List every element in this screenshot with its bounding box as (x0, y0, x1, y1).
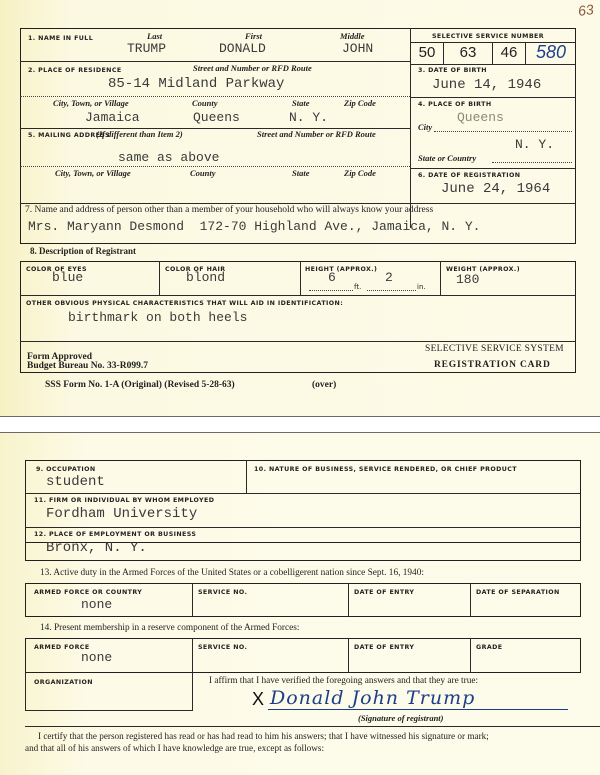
reserve-service-no-label: SERVICE NO. (198, 644, 247, 651)
signature-caption: (Signature of registrant) (358, 713, 444, 723)
street-label: Street and Number or RFD Route (193, 63, 312, 73)
mailing-city-label: City, Town, or Village (55, 168, 131, 178)
item2-label: 2. PLACE OF RESIDENCE (28, 67, 122, 74)
middle-name-label: Middle (340, 31, 365, 41)
x-mark: X (252, 689, 264, 710)
item8-label: 8. Description of Registrant (30, 246, 136, 256)
active-separation-label: DATE OF SEPARATION (476, 589, 560, 596)
last-name-label: Last (147, 31, 162, 41)
budget-bureau-text: Budget Bureau No. 33-R099.7 (27, 362, 148, 371)
birth-state-value: N. Y. (515, 137, 554, 152)
county-label: County (192, 98, 218, 108)
registration-card-front: 63 1. NAME IN FULL Last First Middle TRU… (0, 0, 600, 416)
ssn-part-2: 63 (444, 44, 492, 61)
eyes-value: blue (52, 270, 83, 285)
ft-label: ft. (354, 283, 361, 291)
middle-name-value: JOHN (342, 41, 373, 56)
birth-city-value: Queens (457, 110, 504, 125)
card-title: REGISTRATION CARD (434, 360, 551, 370)
alt-contact-value: Mrs. Maryann Desmond 172-70 Highland Ave… (28, 219, 480, 234)
item1-label: 1. NAME IN FULL (28, 35, 93, 42)
state-label: State (292, 98, 309, 108)
residence-street-value: 85-14 Midland Parkway (108, 76, 284, 92)
height-ft-value: 6 (328, 270, 336, 285)
last-name-value: TRUMP (127, 41, 166, 56)
item7-label: 7. Name and address of person other than… (25, 205, 433, 215)
residence-city-value: Jamaica (85, 110, 140, 125)
birth-state-label: State or Country (418, 153, 476, 163)
height-in-value: 2 (385, 270, 393, 285)
zip-label: Zip Code (344, 98, 376, 108)
date-of-registration-value: June 24, 1964 (441, 181, 550, 197)
registration-card-back: 9. OCCUPATION student 10. NATURE OF BUSI… (0, 433, 600, 775)
ssn-part-1: 50 (411, 44, 443, 61)
registrant-signature: Donald John Trump (270, 687, 475, 709)
hair-value: blond (186, 270, 225, 285)
mailing-county-label: County (190, 168, 216, 178)
item13-label: 13. Active duty in the Armed Forces of t… (40, 568, 424, 578)
mailing-street-label: Street and Number or RFD Route (257, 129, 376, 139)
active-service-no-label: SERVICE NO. (198, 589, 247, 596)
active-entry-label: DATE OF ENTRY (354, 589, 414, 596)
physical-characteristics-value: birthmark on both heels (68, 310, 247, 325)
card-separator (0, 416, 600, 433)
certify-line-2: and that all of his answers of which I h… (25, 743, 324, 753)
mailing-state-label: State (292, 168, 309, 178)
item6-label: 6. DATE OF REGISTRATION (418, 172, 520, 179)
residence-state-value: N. Y. (289, 110, 328, 125)
reserve-entry-label: DATE OF ENTRY (354, 644, 414, 651)
system-title: SELECTIVE SERVICE SYSTEM (425, 344, 564, 354)
corner-handwritten-mark: 63 (577, 1, 595, 19)
reserve-force-value: none (81, 650, 112, 665)
mailing-note: (If different than Item 2) (96, 129, 183, 139)
ssn-part-4-handwritten: 580 (526, 42, 576, 63)
form-number: SSS Form No. 1-A (Original) (Revised 5-2… (45, 380, 235, 390)
over-indicator: (over) (312, 380, 336, 390)
organization-label: ORGANIZATION (34, 679, 93, 686)
certify-line-1: I certify that the person registered has… (38, 731, 489, 741)
active-force-label: ARMED FORCE OR COUNTRY (34, 589, 142, 596)
ssn-part-3: 46 (493, 44, 525, 61)
in-label: in. (417, 283, 426, 291)
item4-label: 4. PLACE OF BIRTH (418, 101, 492, 108)
grade-label: GRADE (476, 644, 502, 651)
birth-city-label: City (418, 122, 432, 132)
affirmation-text: I affirm that I have verified the forego… (209, 676, 478, 686)
mailing-address-value: same as above (118, 150, 219, 165)
first-name-label: First (245, 31, 262, 41)
date-of-birth-value: June 14, 1946 (432, 77, 541, 93)
city-label: City, Town, or Village (53, 98, 129, 108)
employment-frame-outline (25, 460, 581, 561)
item14-label: 14. Present membership in a reserve comp… (40, 623, 299, 633)
mailing-zip-label: Zip Code (344, 168, 376, 178)
active-force-value: none (81, 597, 112, 612)
ssn-label: SELECTIVE SERVICE NUMBER (432, 33, 544, 40)
physical-characteristics-label: OTHER OBVIOUS PHYSICAL CHARACTERISTICS T… (26, 300, 343, 307)
first-name-value: DONALD (219, 41, 266, 56)
weight-value: 180 (456, 272, 479, 287)
item3-label: 3. DATE OF BIRTH (418, 67, 487, 74)
height-label: HEIGHT (APPROX.) (305, 266, 377, 273)
residence-county-value: Queens (193, 110, 240, 125)
